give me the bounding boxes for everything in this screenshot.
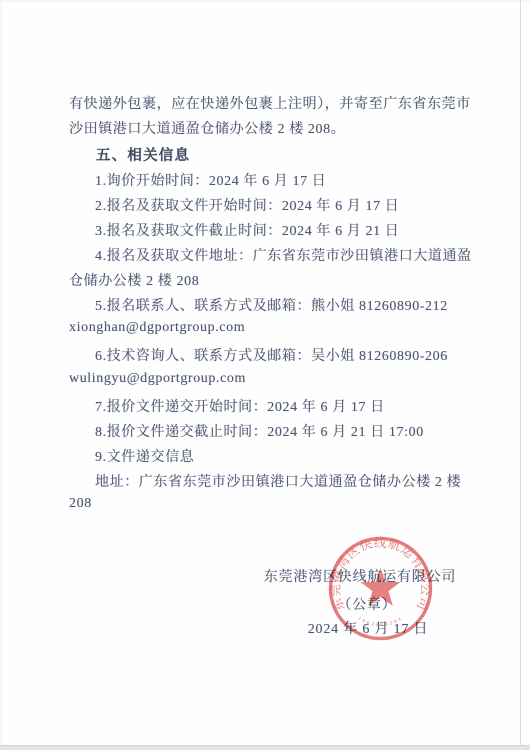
document-page: 有快递外包裹，应在快递外包裹上注明），并寄至广东省东莞市 沙田镇港口大道通盈仓储… (0, 0, 530, 750)
company-seal-stamp: 东莞港湾区快线航运有限公司 1962009304 (327, 535, 434, 642)
section-heading: 五、相关信息 (96, 144, 190, 165)
doc-line: 208 (69, 496, 92, 512)
doc-line: 地址：广东省东莞市沙田镇港口大道通盈仓储办公楼 2 楼 (95, 471, 461, 491)
doc-line: 沙田镇港口大道通盈仓储办公楼 2 楼 208。 (69, 118, 345, 138)
doc-line: 1.询价开始时间：2024 年 6 月 17 日 (95, 170, 326, 190)
star-icon (361, 568, 401, 606)
doc-line: 4.报名及获取文件地址：广东省东莞市沙田镇港口大道通盈 (95, 245, 472, 265)
scan-edge-left (0, 0, 2, 750)
scan-edge-top (0, 0, 530, 2)
doc-line: 2.报名及获取文件开始时间：2024 年 6 月 17 日 (95, 195, 399, 215)
doc-line: 9.文件递交信息 (95, 446, 194, 466)
doc-line-email: xionghan@dgportgroup.com (69, 320, 245, 336)
stamp-serial: 1962009304 (357, 615, 405, 628)
doc-line: 3.报名及获取文件截止时间：2024 年 6 月 21 日 (95, 220, 399, 240)
doc-line: 7.报价文件递交开始时间：2024 年 6 月 17 日 (95, 396, 385, 416)
scan-edge-right (520, 0, 521, 750)
doc-line: 8.报价文件递交截止时间：2024 年 6 月 21 日 17:00 (95, 421, 424, 441)
doc-line: 仓储办公楼 2 楼 208 (69, 270, 199, 290)
doc-line: 有快递外包裹，应在快递外包裹上注明），并寄至广东省东莞市 (69, 93, 471, 113)
svg-text:1962009304: 1962009304 (357, 615, 405, 628)
scan-edge-bottom (0, 745, 530, 750)
doc-line: 5.报名联系人、联系方式及邮箱：熊小姐 81260890-212 (95, 295, 448, 315)
doc-line: 6.技术咨询人、联系方式及邮箱：吴小姐 81260890-206 (95, 345, 448, 365)
doc-line-email: wulingyu@dgportgroup.com (69, 371, 246, 387)
